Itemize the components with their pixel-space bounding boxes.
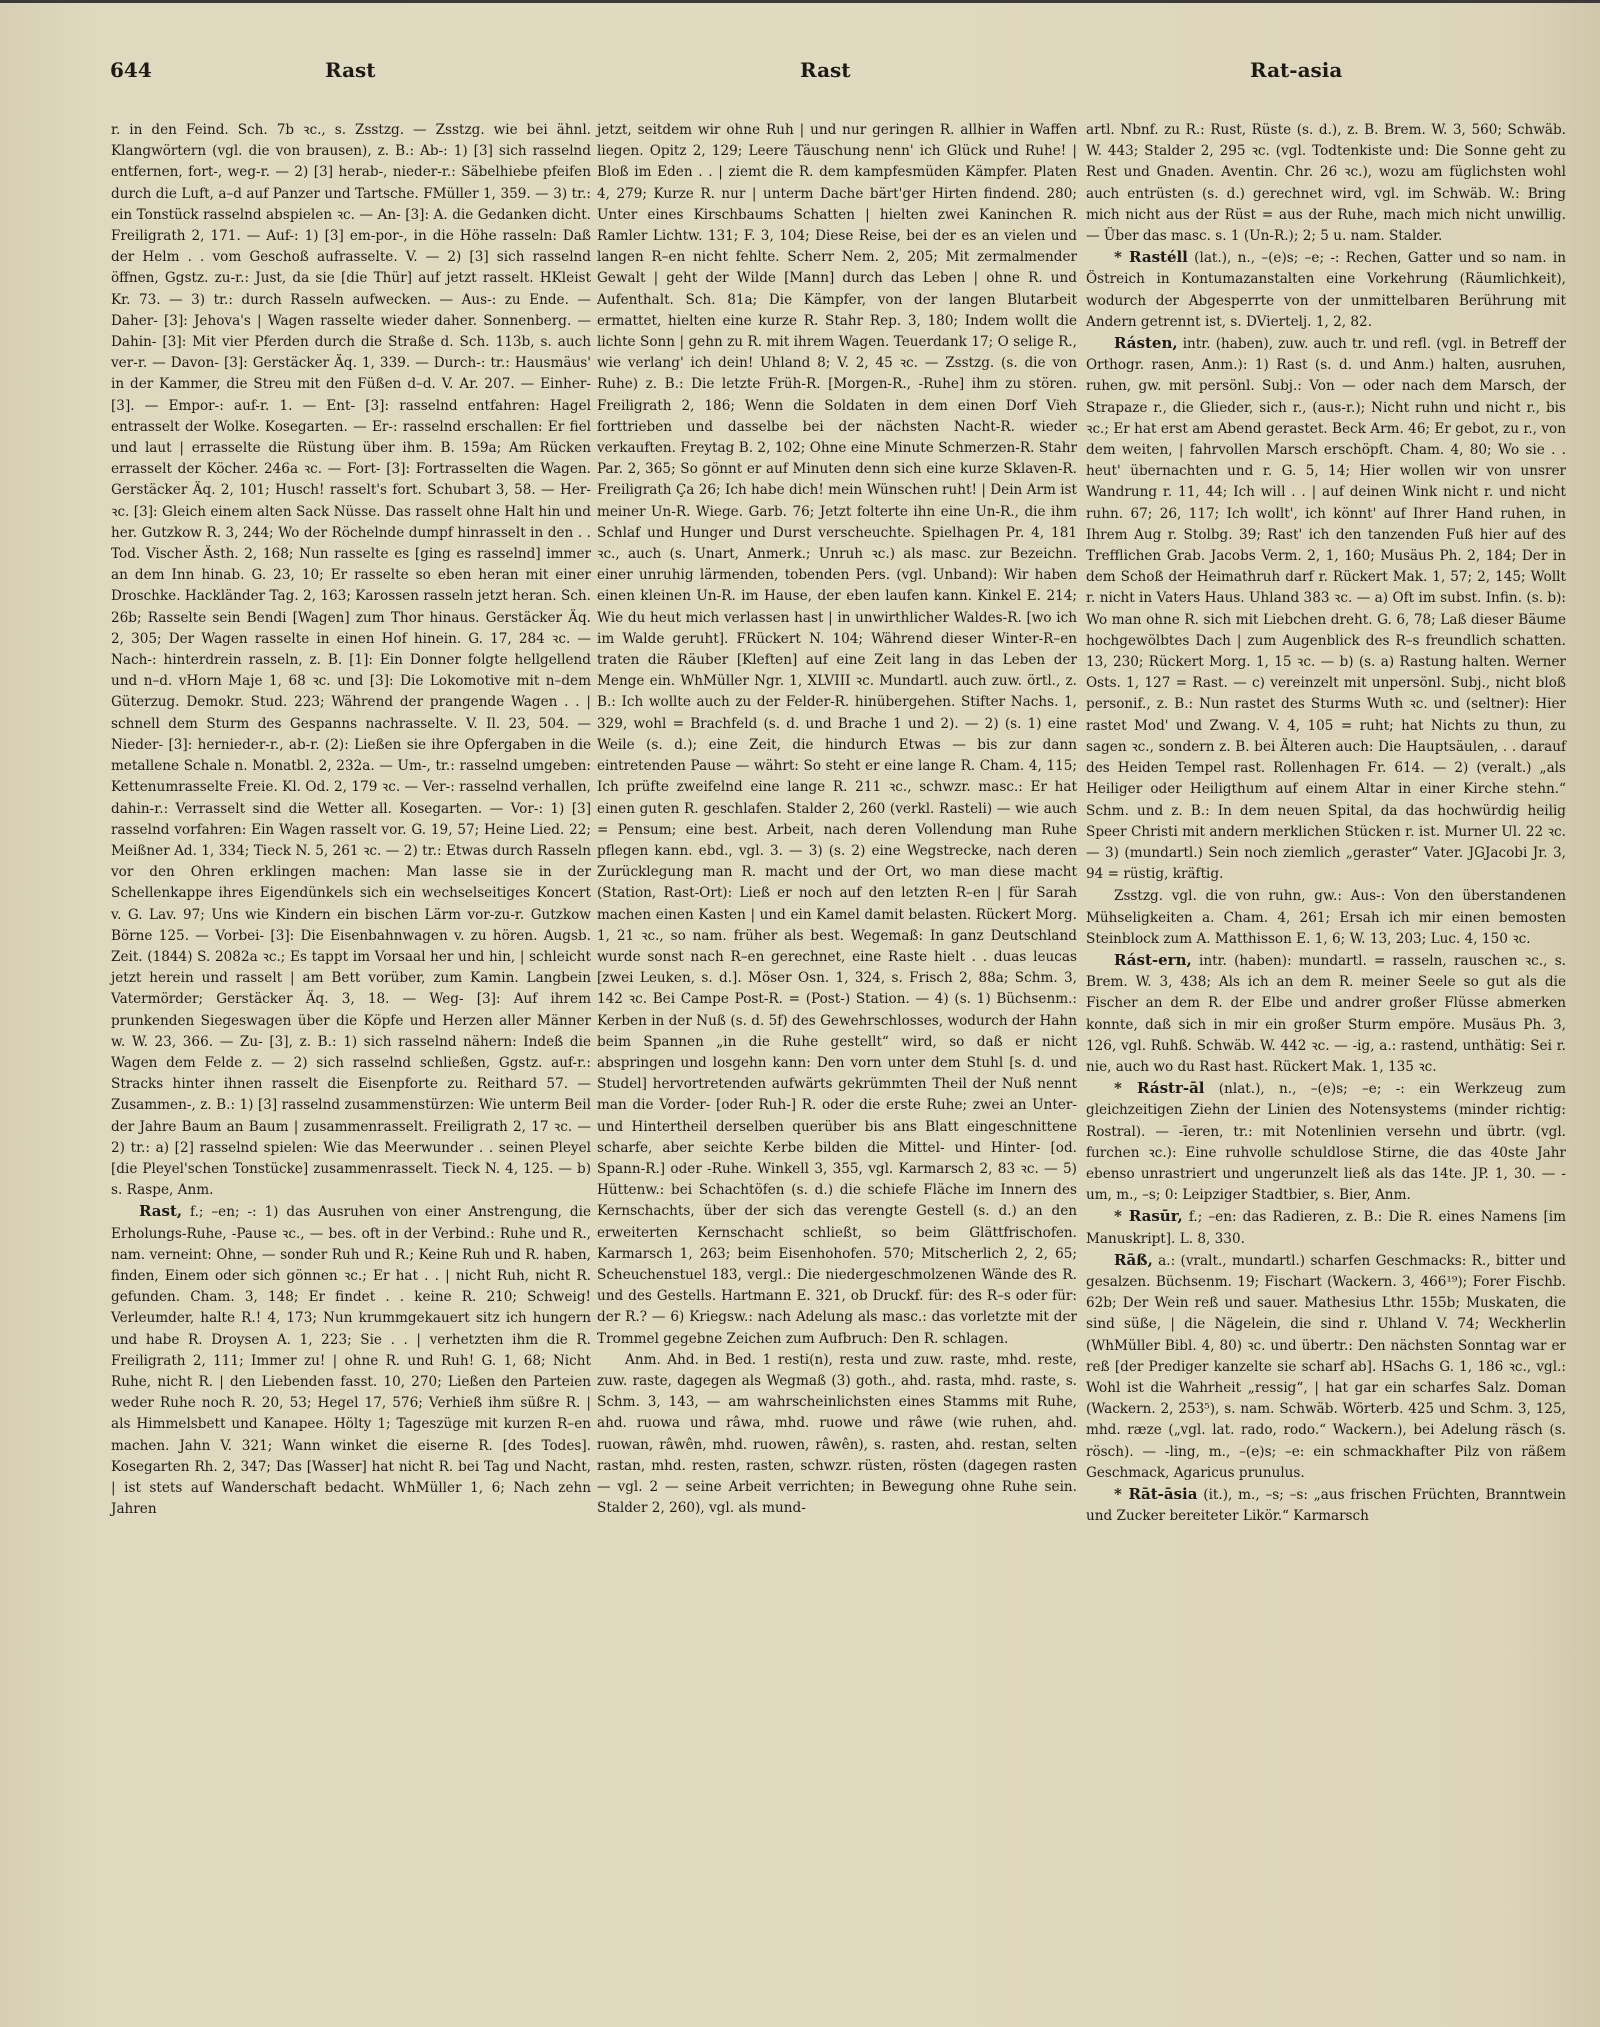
dictionary-entry-rasur: * Rasūr, f.; –en: das Radieren, z. B.: D… [1086, 1206, 1566, 1249]
paragraph-continuation: jetzt, seitdem wir ohne Ruh | und nur ge… [597, 120, 1077, 1350]
dictionary-entry-rass: Rāß, a.: (vralt., mundartl.) scharfen Ge… [1086, 1250, 1566, 1484]
center-guide-word: Rast [800, 58, 851, 82]
dictionary-entry-rastral: * Rástr-āl (nlat.), n., –(e)s; –e; -: ei… [1086, 1078, 1566, 1206]
dictionary-entry-rasten: Rásten, intr. (haben), zuw. auch tr. und… [1086, 333, 1566, 885]
paragraph-continuation: artl. Nbnf. zu R.: Rust, Rüste (s. d.), … [1086, 120, 1566, 247]
entry-body: intr. (haben): mundartl. = rasseln, raus… [1086, 953, 1566, 1075]
entry-body: (nlat.), n., –(e)s; –e; -: ein Werkzeug … [1086, 1081, 1566, 1203]
page-top-edge [0, 0, 1600, 3]
dictionary-entry-rastell: * Rastéll (lat.), n., –(e)s; –e; -: Rech… [1086, 247, 1566, 333]
dictionary-entry-ratafia: * Rāt-āsia (it.), m., –s; –s: „aus frisc… [1086, 1484, 1566, 1527]
dictionary-entry-rastern: Rást-ern, intr. (haben): mundartl. = ras… [1086, 950, 1566, 1078]
etymology-note: Anm. Ahd. in Bed. 1 resti(n), resta und … [597, 1350, 1077, 1520]
page-number: 644 [110, 58, 152, 82]
entry-headword: * Rāt-āsia [1114, 1485, 1197, 1503]
text-column-left: r. in den Feind. Sch. 7b ꝛc., s. Zsstzg.… [111, 120, 591, 1520]
entry-body: f.; –en; -: 1) das Ausruhen von einer An… [111, 1204, 591, 1517]
running-header: 644 Rast Rast Rat-asia [110, 58, 1490, 86]
entry-headword: Rásten, [1114, 334, 1178, 352]
entry-headword: Rast, [139, 1202, 182, 1220]
left-guide-word: Rast [325, 58, 376, 82]
entry-headword: * Rastéll [1114, 248, 1188, 266]
dictionary-entry-rast: Rast, f.; –en; -: 1) das Ausruhen von ei… [111, 1201, 591, 1520]
entry-headword: * Rástr-āl [1114, 1079, 1205, 1097]
entry-headword: Rāß, [1114, 1251, 1153, 1269]
dictionary-subentry-compounds: Zsstzg. vgl. die von ruhn, gw.: Aus-: Vo… [1086, 885, 1566, 950]
paragraph-continuation: r. in den Feind. Sch. 7b ꝛc., s. Zsstzg.… [111, 120, 591, 1201]
dictionary-page: 644 Rast Rast Rat-asia r. in den Feind. … [0, 0, 1600, 2027]
entry-headword: Rást-ern, [1114, 951, 1192, 969]
right-guide-word: Rat-asia [1250, 58, 1342, 82]
text-column-right: artl. Nbnf. zu R.: Rust, Rüste (s. d.), … [1086, 120, 1566, 1527]
entry-headword: * Rasūr, [1114, 1207, 1183, 1225]
entry-body: a.: (vralt., mundartl.) scharfen Geschma… [1086, 1253, 1566, 1481]
text-column-middle: jetzt, seitdem wir ohne Ruh | und nur ge… [597, 120, 1077, 1519]
entry-body: Zsstzg. vgl. die von ruhn, gw.: Aus-: Vo… [1086, 888, 1566, 946]
entry-body: intr. (haben), zuw. auch tr. und refl. (… [1086, 336, 1566, 882]
